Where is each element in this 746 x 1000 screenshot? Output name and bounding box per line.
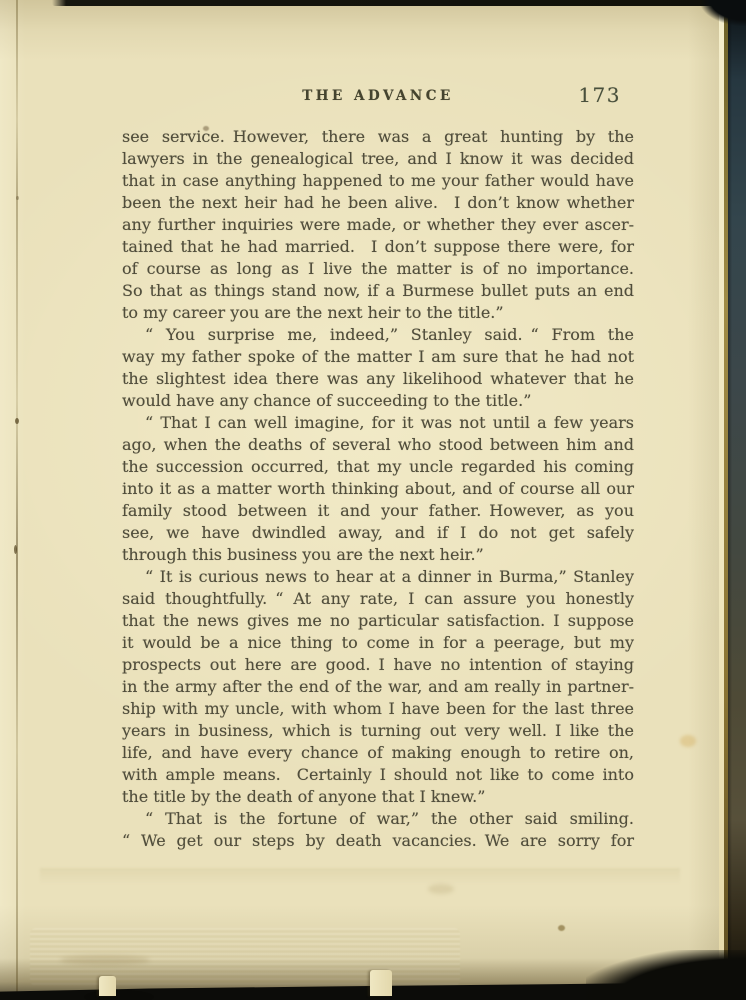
text-line: way my father spoke of the matter I am s… — [122, 346, 634, 368]
text-line: see service. However, there was a great … — [122, 126, 634, 148]
page-surface: THE ADVANCE 173 see service. However, th… — [0, 0, 728, 1000]
text-line: family stood between it and your father.… — [122, 500, 634, 522]
text-line: the succession occurred, that my uncle r… — [122, 456, 634, 478]
text-line: through this business you are the next h… — [122, 544, 634, 566]
text-line: that in case anything happened to me you… — [122, 170, 634, 192]
text-line: into it as a matter worth thinking about… — [122, 478, 634, 500]
text-line: to my career you are the next heir to th… — [122, 302, 634, 324]
page-header: THE ADVANCE 173 — [122, 86, 634, 110]
page-number: 173 — [578, 83, 621, 107]
paragraph: “ It is curious news to hear at a dinner… — [122, 566, 634, 808]
text-line: lawyers in the genealogical tree, and I … — [122, 148, 634, 170]
paper-stain — [558, 925, 565, 931]
text-line: ship with my uncle, with whom I have bee… — [122, 698, 634, 720]
text-line: “ It is curious news to hear at a dinner… — [122, 566, 634, 588]
text-line: that the news gives me no particular sat… — [122, 610, 634, 632]
text-line: prospects out here are good. I have no i… — [122, 654, 634, 676]
text-line: any further inquiries were made, or whet… — [122, 214, 634, 236]
cover-corner-bottom — [586, 950, 746, 1000]
paper-stain — [428, 884, 454, 894]
paragraph: “ That I can well imagine, for it was no… — [122, 412, 634, 566]
book-top-edge — [52, 0, 746, 6]
text-block: see service. However, there was a great … — [122, 126, 634, 852]
text-line: said thoughtfully. “ At any rate, I can … — [122, 588, 634, 610]
paragraph: “ That is the fortune of war,” the other… — [122, 808, 634, 852]
cover-corner-top — [700, 0, 746, 26]
page-edge-tab — [370, 970, 392, 996]
paper-stain — [680, 735, 696, 747]
text-line: life, and have every chance of making en… — [122, 742, 634, 764]
bottom-edge-shadow — [84, 990, 154, 1000]
paper-speck — [16, 196, 19, 200]
text-line: “ You surprise me, indeed,” Stanley said… — [122, 324, 634, 346]
paragraph: see service. However, there was a great … — [122, 126, 634, 324]
paper-speck — [14, 545, 17, 554]
text-line: ago, when the deaths of several who stoo… — [122, 434, 634, 456]
text-line: “ That I can well imagine, for it was no… — [122, 412, 634, 434]
text-line: the slightest idea there was any likelih… — [122, 368, 634, 390]
scanned-book-page: THE ADVANCE 173 see service. However, th… — [0, 0, 746, 1000]
text-line: been the next heir had he been alive. I … — [122, 192, 634, 214]
paper-speck — [15, 418, 19, 424]
text-line: in the army after the end of the war, an… — [122, 676, 634, 698]
paragraph: “ You surprise me, indeed,” Stanley said… — [122, 324, 634, 412]
text-line: “ That is the fortune of war,” the other… — [122, 808, 634, 830]
text-line: see, we have dwindled away, and if I do … — [122, 522, 634, 544]
text-line: So that as things stand now, if a Burmes… — [122, 280, 634, 302]
paper-stain — [203, 126, 209, 131]
book-cover-edge — [728, 0, 746, 1000]
text-line: tained that he had married. I don’t supp… — [122, 236, 634, 258]
text-line: the title by the death of anyone that I … — [122, 786, 634, 808]
text-line: of course as long as I live the matter i… — [122, 258, 634, 280]
page-edge-tab — [99, 976, 116, 996]
running-title: THE ADVANCE — [122, 88, 634, 104]
text-line: it would be a nice thing to come in for … — [122, 632, 634, 654]
text-line: would have any chance of succeeding to t… — [122, 390, 634, 412]
gutter-crease — [16, 0, 18, 1000]
text-line: with ample means. Certainly I should not… — [122, 764, 634, 786]
page-stack-shadow — [40, 868, 680, 884]
text-line: years in business, which is turning out … — [122, 720, 634, 742]
text-line: “ We get our steps by death vacancies. W… — [122, 830, 634, 852]
